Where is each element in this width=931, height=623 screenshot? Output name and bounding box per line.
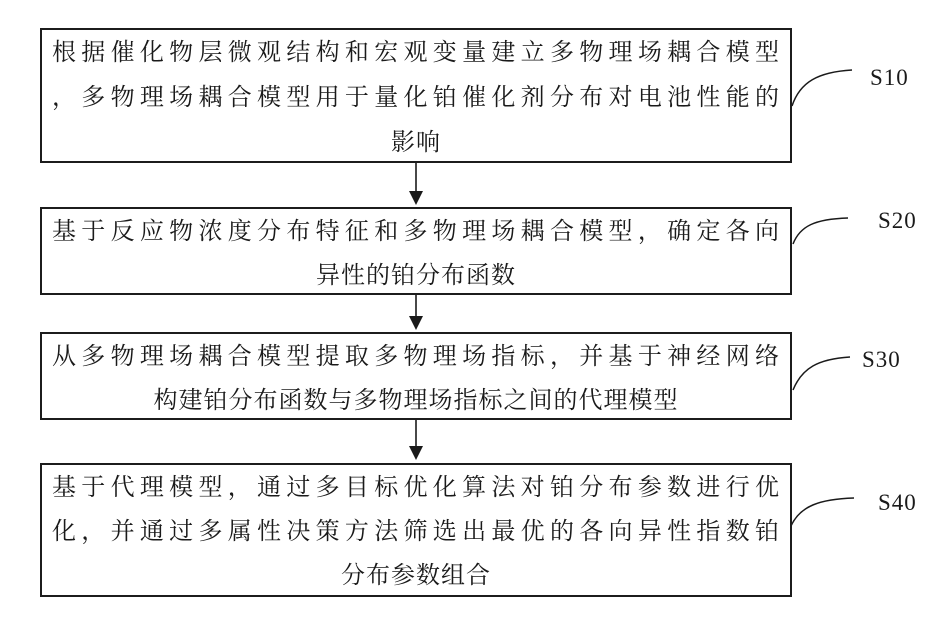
flow-step-box-s20: 基于反应物浓度分布特征和多物理场耦合模型，确定各向 异性的铂分布函数 <box>40 207 792 295</box>
step-text-line: 从多物理场耦合模型提取多物理场指标，并基于神经网络 <box>52 335 780 379</box>
step-text-line: 基于代理模型，通过多目标优化算法对铂分布参数进行优 <box>52 466 780 510</box>
step-label-s40: S40 <box>878 490 917 516</box>
step-text-line: ，多物理场耦合模型用于量化铂催化剂分布对电池性能的 <box>52 76 780 121</box>
flow-step-box-s40: 基于代理模型，通过多目标优化算法对铂分布参数进行优 化，并通过多属性决策方法筛选… <box>40 463 792 597</box>
patent-flowchart-figure: 根据催化物层微观结构和宏观变量建立多物理场耦合模型 ，多物理场耦合模型用于量化铂… <box>0 0 931 623</box>
flow-step-box-s10: 根据催化物层微观结构和宏观变量建立多物理场耦合模型 ，多物理场耦合模型用于量化铂… <box>40 28 792 163</box>
leader-line <box>792 70 852 106</box>
flow-arrow-down-icon <box>409 420 423 460</box>
step-text-line: 构建铂分布函数与多物理场指标之间的代理模型 <box>52 379 780 423</box>
step-text-line: 异性的铂分布函数 <box>52 254 780 298</box>
leader-line <box>791 498 854 526</box>
leader-line <box>793 357 850 390</box>
step-label-s20: S20 <box>878 208 917 234</box>
step-text-line: 基于反应物浓度分布特征和多物理场耦合模型，确定各向 <box>52 210 780 254</box>
step-label-s30: S30 <box>862 347 901 373</box>
step-text-line: 影响 <box>52 121 780 166</box>
step-label-s10: S10 <box>870 65 909 91</box>
step-text-line: 分布参数组合 <box>52 554 780 598</box>
flow-arrow-down-icon <box>409 295 423 330</box>
leader-line <box>793 218 848 244</box>
step-text-line: 化，并通过多属性决策方法筛选出最优的各向异性指数铂 <box>52 510 780 554</box>
flow-step-box-s30: 从多物理场耦合模型提取多物理场指标，并基于神经网络 构建铂分布函数与多物理场指标… <box>40 332 792 420</box>
flow-arrow-down-icon <box>409 163 423 205</box>
step-text-line: 根据催化物层微观结构和宏观变量建立多物理场耦合模型 <box>52 31 780 76</box>
